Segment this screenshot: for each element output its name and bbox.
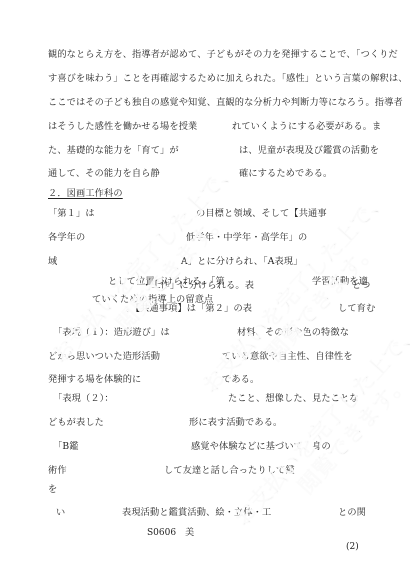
body-text-line: れていくようにする必要がある。ま xyxy=(232,121,381,133)
section-heading: ２．図画工作科の xyxy=(48,188,123,200)
body-text-line: どから思いついた造形活動 xyxy=(48,351,160,363)
body-text-line: の目標と領域、そして【共通事 xyxy=(196,208,327,220)
body-text-line: を xyxy=(48,484,57,496)
body-text-line: ている意欲や自主性、自律性を xyxy=(222,351,353,363)
body-text-line: 形に表す活動である。 xyxy=(189,417,282,429)
page-number: (2) xyxy=(346,541,359,553)
document-code: S0606 美 xyxy=(147,527,194,539)
body-text-line: して育む xyxy=(338,303,375,315)
body-text-line: す喜びを味わう」ことを再確認するために加えられた。「感性」という言葉の解釈は、 xyxy=(48,73,408,85)
body-text-line: 学習活動を適 xyxy=(312,276,368,288)
body-text-line: 通して、その能力を自ら静 xyxy=(48,168,160,180)
body-text-line: との関 xyxy=(338,507,366,519)
body-text-line: 術作 xyxy=(48,465,67,477)
body-text-line: して友達と話し合ったりして鑑 xyxy=(164,465,295,477)
body-text-line: どもが表した xyxy=(48,417,104,429)
body-text-line: たこと、想像した、見たことな xyxy=(228,393,359,405)
body-text-line: は、児童が表現及び鑑賞の活動を xyxy=(239,145,379,157)
body-text-line: 「B鑑 xyxy=(53,441,79,453)
body-text-line: 発揮する場を体験的に xyxy=(48,374,141,386)
body-text-line: 観的なとらえ方を、指導者が認めて、子どもがその力を発揮することで、「つくりだ xyxy=(48,49,398,61)
body-text-line: た、基礎的な能力を「育て」が xyxy=(48,145,179,157)
document-page: 観的なとらえ方を、指導者が認めて、子どもがその力を発揮することで、「つくりだ す… xyxy=(0,0,410,580)
body-text-line: として位置づけられる。「第 xyxy=(108,276,225,288)
body-text-line: 「第１」は xyxy=(48,208,95,220)
body-text-line: ここではその子ども独自の感覚や知覚、直観的な分析力や判断力等になろう。指導者 xyxy=(48,97,403,109)
body-text-line: 確にするためである。 xyxy=(239,168,332,180)
body-text-line: 各学年の xyxy=(48,232,85,244)
body-text-line: 「表現（１）：造形遊び」は xyxy=(53,327,170,339)
body-text-line: 感覚や体験などに基づいて、身の xyxy=(191,441,331,453)
body-text-line: い xyxy=(56,507,65,519)
body-text-line: 域 xyxy=(48,256,57,268)
body-text-line: はそうした感性を働かせる場を授業 xyxy=(48,121,197,133)
body-text-line: A」とに分けられ、「A表現」 xyxy=(181,256,303,268)
body-text-line: 表現活動と鑑賞活動、絵・立体・工 xyxy=(122,507,271,519)
body-text-line: ていくための指導上の留意点 xyxy=(92,294,213,306)
body-text-line: 低学年・中学年・高学年」の xyxy=(186,232,307,244)
body-text-line: である。 xyxy=(222,374,259,386)
body-text-line: 材料、その形や色の特徴な xyxy=(237,327,349,339)
body-text-line: 「表現（２）： xyxy=(53,393,114,405)
